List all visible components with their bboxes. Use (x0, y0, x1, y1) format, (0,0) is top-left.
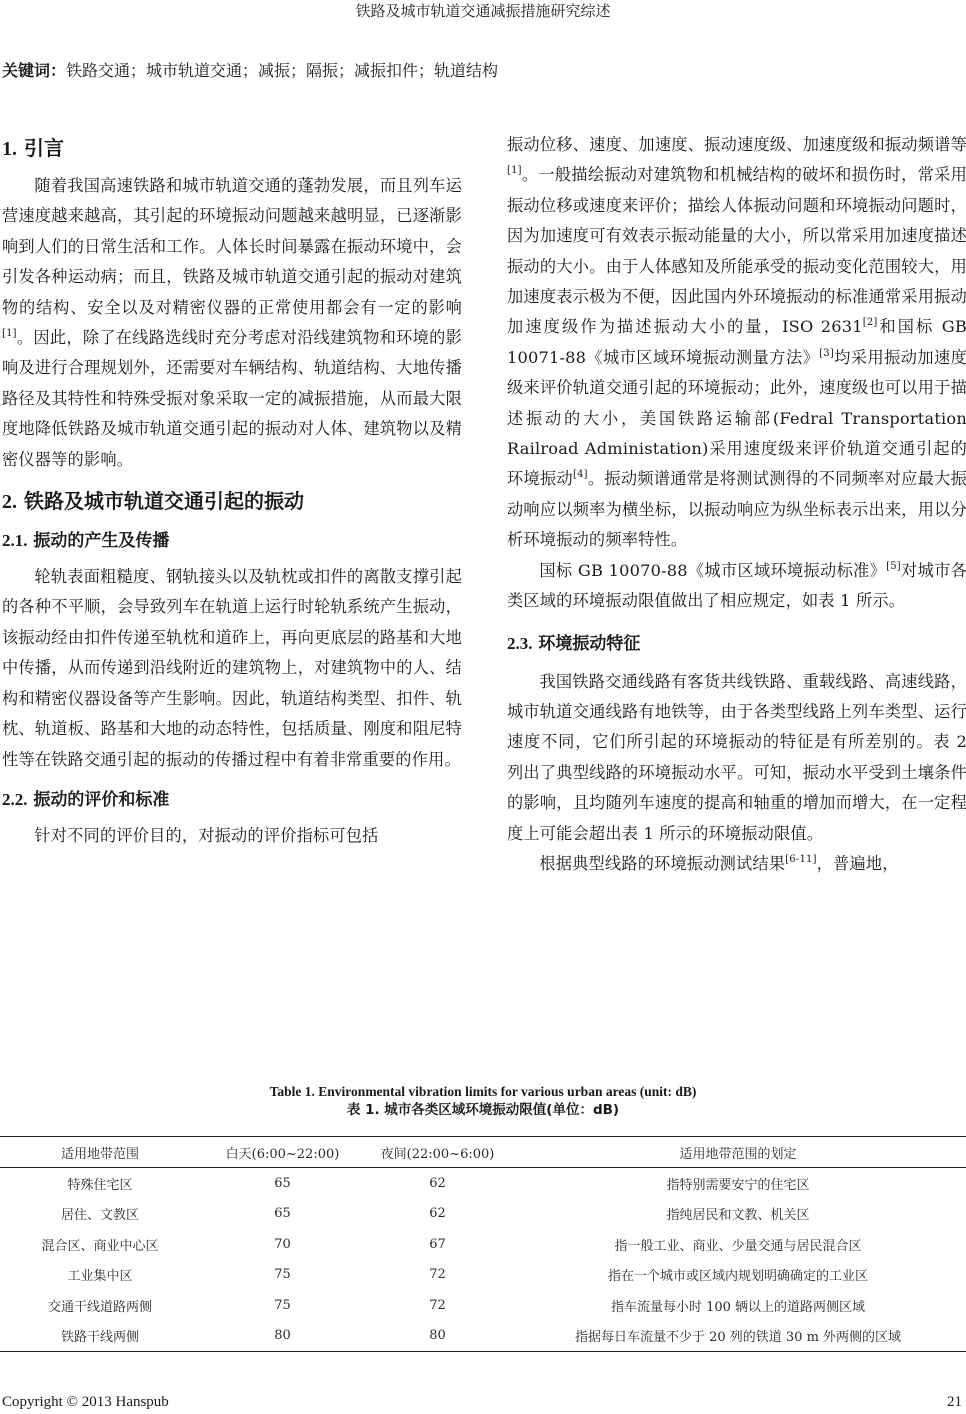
section-2-1-paragraph: 轮轨表面粗糙度、钢轨接头以及轨枕或扣件的离散支撑引起的各种不平顺，会导致列车在轨… (2, 562, 462, 775)
cell-night: 67 (365, 1229, 510, 1260)
keywords-text: 铁路交通；城市轨道交通；减振；隔振；减振扣件；轨道结构 (66, 61, 498, 80)
column-header: 适用地带范围的划定 (510, 1137, 966, 1168)
table-row: 交通干线道路两侧 75 72 指车流量每小时 100 辆以上的道路两侧区域 (0, 1290, 966, 1321)
cell-day: 75 (200, 1260, 365, 1291)
section-2-3-paragraph-2: 根据典型线路的环境振动测试结果[6-11]，普遍地， (507, 849, 966, 879)
table-1-caption: Table 1. Environmental vibration limits … (0, 1083, 966, 1119)
cell-night: 72 (365, 1260, 510, 1291)
text: 振动位移、速度、加速度、振动速度级、加速度级和振动频谱等 (507, 135, 966, 154)
text: ，普遍地， (817, 854, 899, 873)
text: 根据典型线路的环境振动测试结果 (539, 854, 785, 873)
section-1-heading: 1. 引言 (2, 130, 462, 167)
cell-definition: 指特别需要安宁的住宅区 (510, 1168, 966, 1199)
citation[interactable]: [2] (863, 317, 878, 328)
section-title: 振动的评价和标准 (33, 790, 169, 810)
cell-area: 居住、文教区 (0, 1199, 200, 1230)
table-row: 工业集中区 75 72 指在一个城市或区域内规划明确确定的工业区 (0, 1260, 966, 1291)
table-row: 混合区、商业中心区 70 67 指一般工业、商业、少量交通与居民混合区 (0, 1229, 966, 1260)
text: 。一般描绘振动对建筑物和机械结构的破坏和损伤时，常采用振动位移或速度来评价；描绘… (507, 165, 966, 336)
text: 。振动频谱通常是将测试测得的不同频率对应最大振动响应以频率为横坐标，以振动响应为… (507, 469, 966, 549)
cell-night: 62 (365, 1168, 510, 1199)
section-number: 2. (2, 491, 17, 513)
table-header-row: 适用地带范围 白天(6:00~22:00) 夜间(22:00~6:00) 适用地… (0, 1137, 966, 1168)
cell-definition: 指据每日车流量不少于 20 列的铁道 30 m 外两侧的区域 (510, 1321, 966, 1352)
cell-night: 62 (365, 1199, 510, 1230)
copyright: Copyright © 2013 Hanspub (2, 1394, 169, 1411)
cell-definition: 指纯居民和文教、机关区 (510, 1199, 966, 1230)
section-number: 2.1. (2, 531, 28, 550)
right-column: 振动位移、速度、加速度、振动速度级、加速度级和振动频谱等[1]。一般描绘振动对建… (507, 130, 966, 879)
section-title: 环境振动特征 (538, 634, 640, 654)
section-1-paragraph: 随着我国高速铁路和城市轨道交通的蓬勃发展，而且列车运营速度越来越高，其引起的环境… (2, 171, 462, 475)
table-row: 特殊住宅区 65 62 指特别需要安宁的住宅区 (0, 1168, 966, 1199)
section-title: 引言 (24, 136, 64, 160)
citation[interactable]: [4] (573, 469, 588, 480)
citation[interactable]: [5] (886, 561, 901, 572)
cell-day: 65 (200, 1199, 365, 1230)
text: 。因此，除了在线路选线时充分考虑对沿线建筑物和环境的影响及进行合理规划外，还需要… (2, 328, 462, 469)
section-2-2-paragraph-2: 国标 GB 10070-88《城市区域环境振动标准》[5]对城市各类区域的环境振… (507, 556, 966, 617)
cell-day: 70 (200, 1229, 365, 1260)
keywords: 关键词：铁路交通；城市轨道交通；减振；隔振；减振扣件；轨道结构 (2, 58, 498, 84)
table-row: 居住、文教区 65 62 指纯居民和文教、机关区 (0, 1199, 966, 1230)
cell-area: 铁路干线两侧 (0, 1321, 200, 1352)
table-1: 适用地带范围 白天(6:00~22:00) 夜间(22:00~6:00) 适用地… (0, 1136, 966, 1352)
cell-day: 65 (200, 1168, 365, 1199)
column-header: 适用地带范围 (0, 1137, 200, 1168)
section-2-3-heading: 2.3. 环境振动特征 (507, 629, 966, 659)
table-caption-en: Table 1. Environmental vibration limits … (0, 1083, 966, 1101)
cell-area: 交通干线道路两侧 (0, 1290, 200, 1321)
column-header: 夜间(22:00~6:00) (365, 1137, 510, 1168)
section-number: 1. (2, 138, 17, 160)
cell-area: 混合区、商业中心区 (0, 1229, 200, 1260)
section-number: 2.3. (507, 634, 533, 653)
section-2-2-paragraph-start: 针对不同的评价目的，对振动的评价指标可包括 (2, 821, 462, 851)
cell-night: 80 (365, 1321, 510, 1352)
column-header: 白天(6:00~22:00) (200, 1137, 365, 1168)
section-2-3-paragraph-1: 我国铁路交通线路有客货共线铁路、重载线路、高速线路，城市轨道交通线路有地铁等，由… (507, 667, 966, 849)
keywords-label: 关键词： (2, 61, 66, 80)
cell-night: 72 (365, 1290, 510, 1321)
cell-area: 特殊住宅区 (0, 1168, 200, 1199)
page-number: 21 (947, 1394, 962, 1411)
text: 均采用振动加速度级来评价轨道交通引起的环境振动；此外，速度级也可以用于描述振动的… (507, 348, 966, 489)
citation[interactable]: [6-11] (785, 854, 816, 865)
section-2-2-heading: 2.2. 振动的评价和标准 (2, 785, 462, 815)
text: 随着我国高速铁路和城市轨道交通的蓬勃发展，而且列车运营速度越来越高，其引起的环境… (2, 176, 462, 317)
citation[interactable]: [1] (507, 165, 522, 176)
section-number: 2.2. (2, 790, 28, 809)
cell-definition: 指在一个城市或区域内规划明确确定的工业区 (510, 1260, 966, 1291)
cell-area: 工业集中区 (0, 1260, 200, 1291)
section-2-1-heading: 2.1. 振动的产生及传播 (2, 526, 462, 556)
section-title: 铁路及城市轨道交通引起的振动 (24, 489, 304, 513)
cell-day: 80 (200, 1321, 365, 1352)
table-row: 铁路干线两侧 80 80 指据每日车流量不少于 20 列的铁道 30 m 外两侧… (0, 1321, 966, 1352)
section-title: 振动的产生及传播 (33, 531, 169, 551)
cell-definition: 指车流量每小时 100 辆以上的道路两侧区域 (510, 1290, 966, 1321)
text: 国标 GB 10070-88《城市区域环境振动标准》 (539, 561, 886, 580)
citation[interactable]: [3] (819, 348, 834, 359)
vibration-limits-table: 适用地带范围 白天(6:00~22:00) 夜间(22:00~6:00) 适用地… (0, 1136, 966, 1352)
cell-definition: 指一般工业、商业、少量交通与居民混合区 (510, 1229, 966, 1260)
left-column: 1. 引言 随着我国高速铁路和城市轨道交通的蓬勃发展，而且列车运营速度越来越高，… (2, 130, 462, 851)
citation[interactable]: [1] (2, 328, 17, 339)
running-head: 铁路及城市轨道交通减振措施研究综述 (0, 0, 966, 22)
cell-day: 75 (200, 1290, 365, 1321)
table-caption-zh: 表 1. 城市各类区域环境振动限值(单位：dB) (0, 1101, 966, 1119)
section-2-2-paragraph-cont: 振动位移、速度、加速度、振动速度级、加速度级和振动频谱等[1]。一般描绘振动对建… (507, 130, 966, 556)
section-2-heading: 2. 铁路及城市轨道交通引起的振动 (2, 483, 462, 520)
